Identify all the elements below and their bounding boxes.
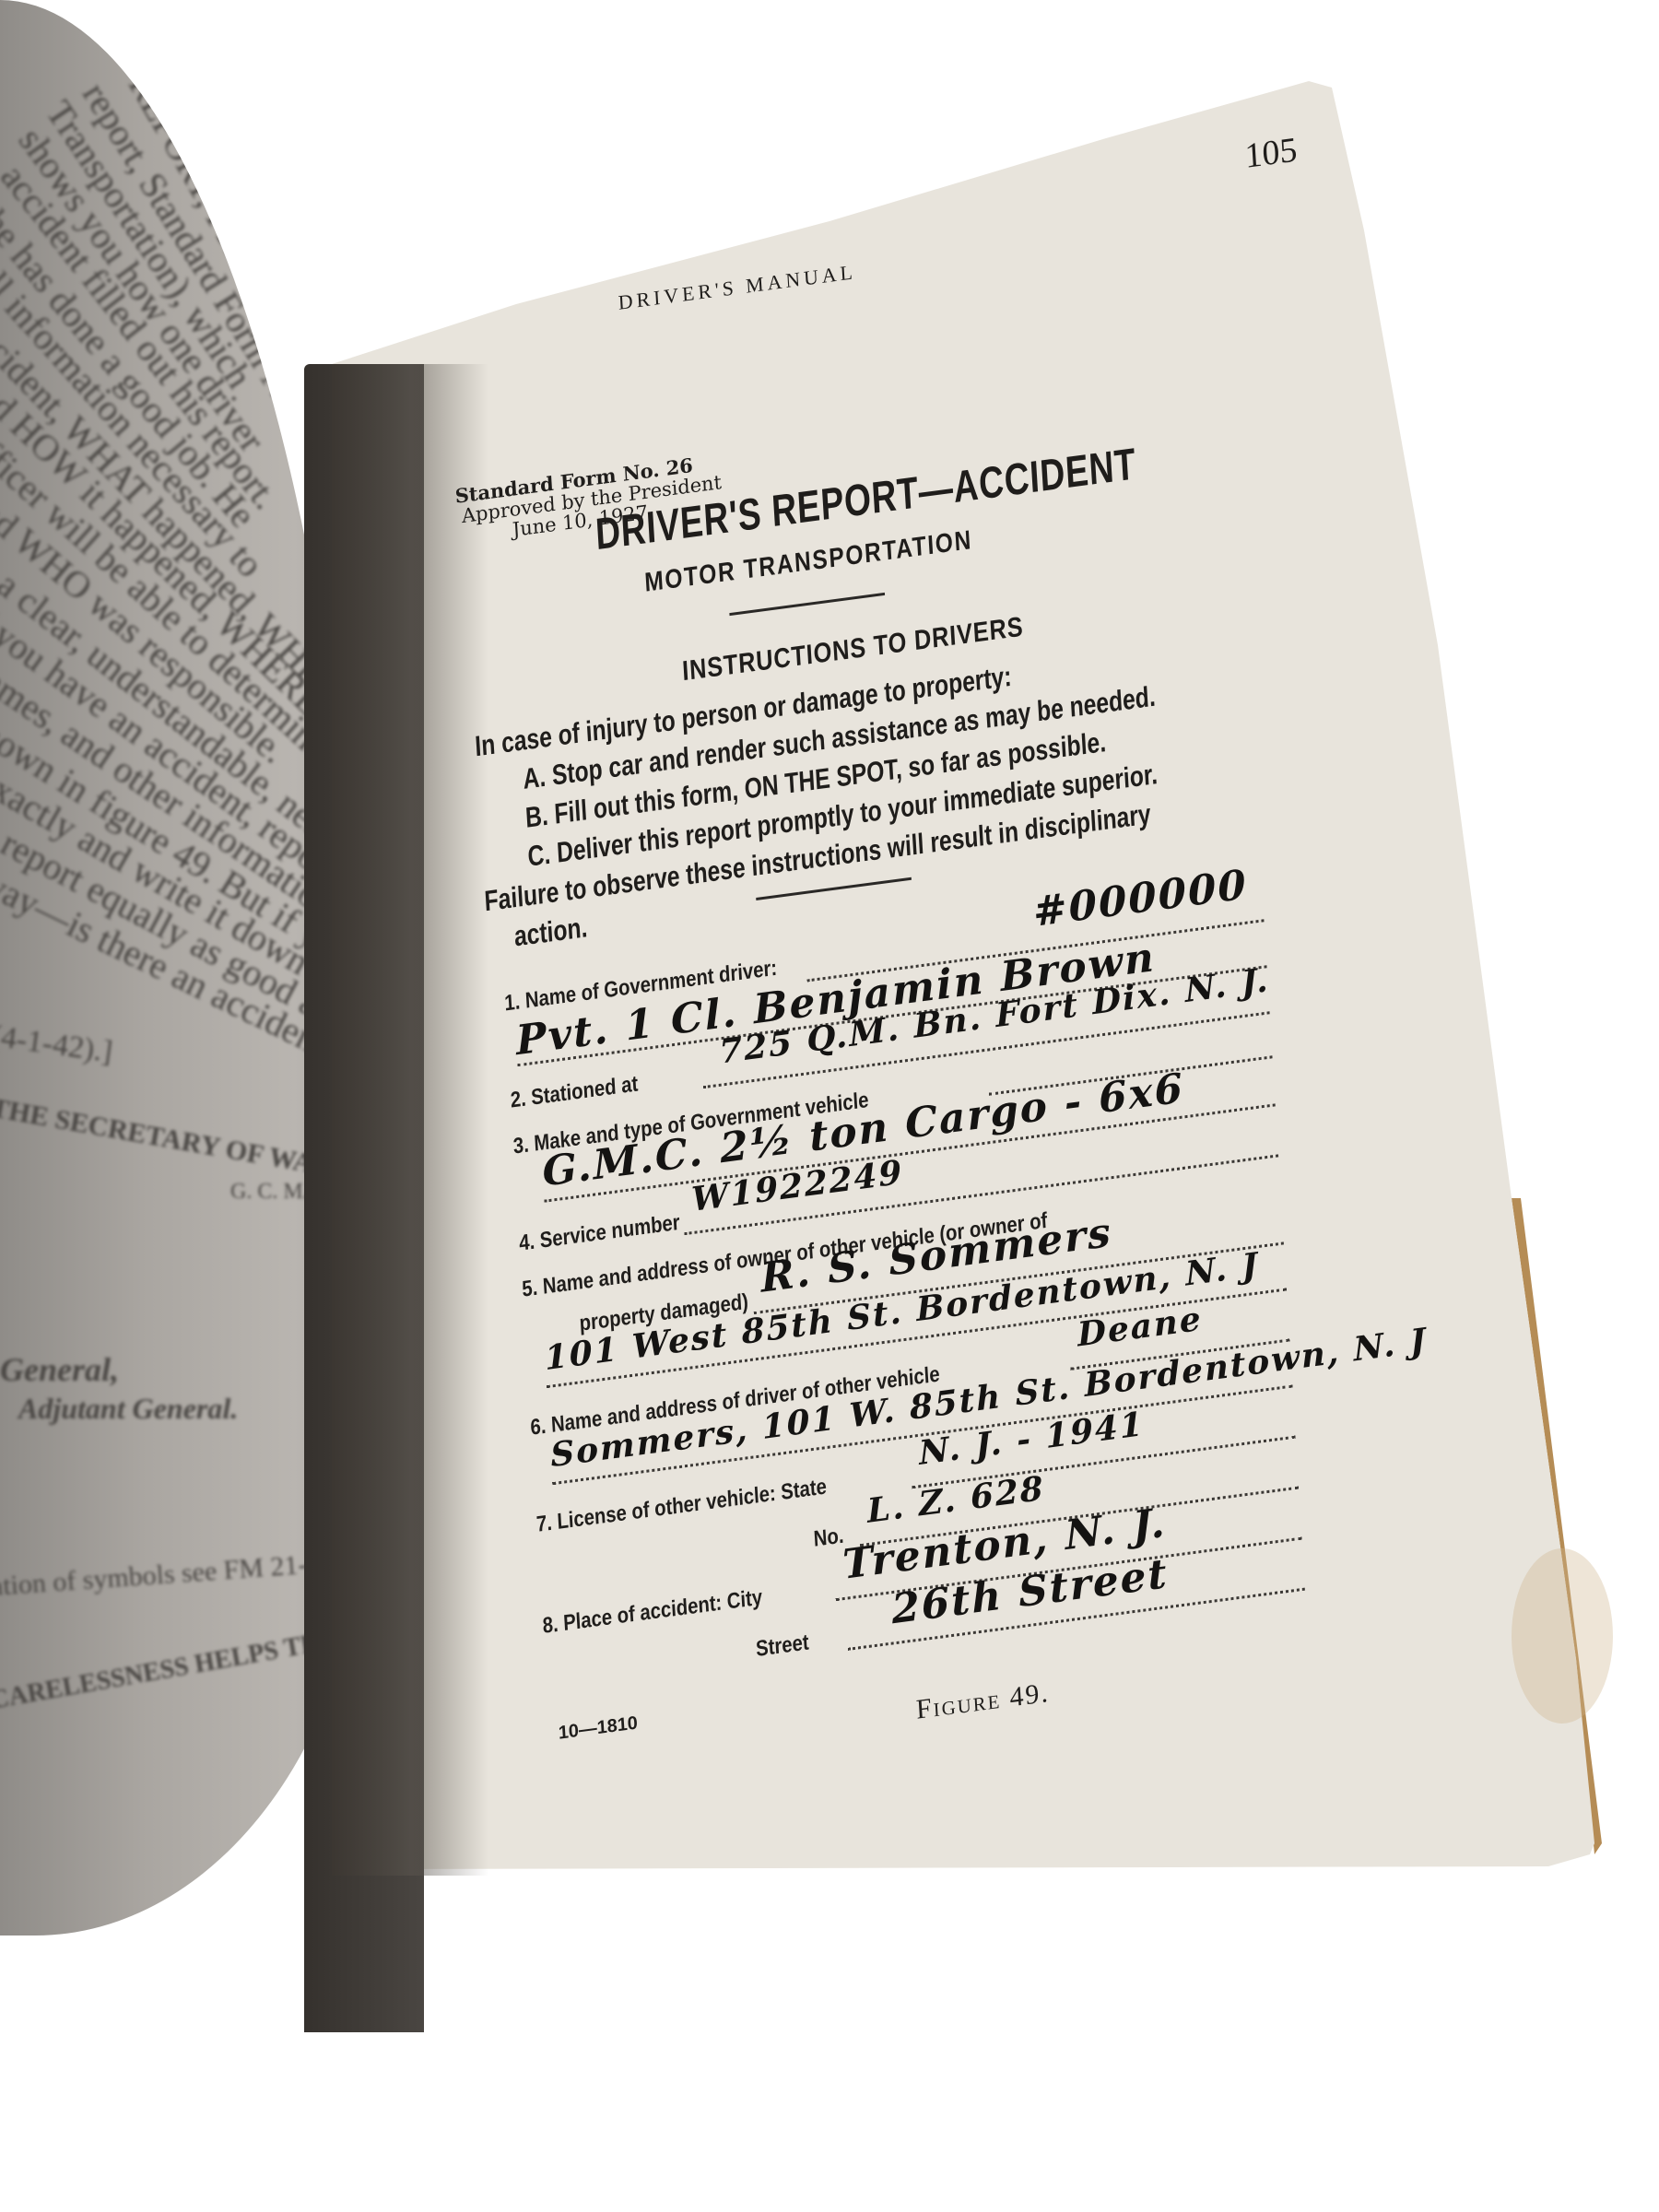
- left-page-line: (4-1-42).]: [0, 1018, 114, 1070]
- left-page-line: ation of symbols see FM 21-6: [0, 1548, 322, 1603]
- divider: [756, 877, 912, 900]
- running-head: DRIVER'S MANUAL: [618, 260, 857, 315]
- field-7-sub-label: No.: [813, 1523, 844, 1552]
- paper-stain: [1512, 1548, 1613, 1724]
- field-2-label: 2. Stationed at: [510, 1071, 639, 1113]
- form-page-content: 105 DRIVER'S MANUAL Standard Form No. 26…: [452, 0, 1620, 1614]
- field-4-label: 4. Service number: [519, 1210, 681, 1257]
- left-page-line: THE SECRETARY OF WAR:: [0, 1092, 345, 1185]
- gutter-shadow-gradient: [332, 364, 488, 1876]
- divider: [729, 593, 885, 616]
- field-6-value[interactable]: Deane: [1077, 1300, 1204, 1355]
- left-page-line: Adjutant General.: [18, 1392, 238, 1426]
- left-page-line: General,: [0, 1350, 119, 1389]
- field-7-label: 7. License of other vehicle: State: [535, 1474, 827, 1537]
- page-number: 105: [1243, 129, 1298, 176]
- warning-line-2: action.: [513, 911, 588, 953]
